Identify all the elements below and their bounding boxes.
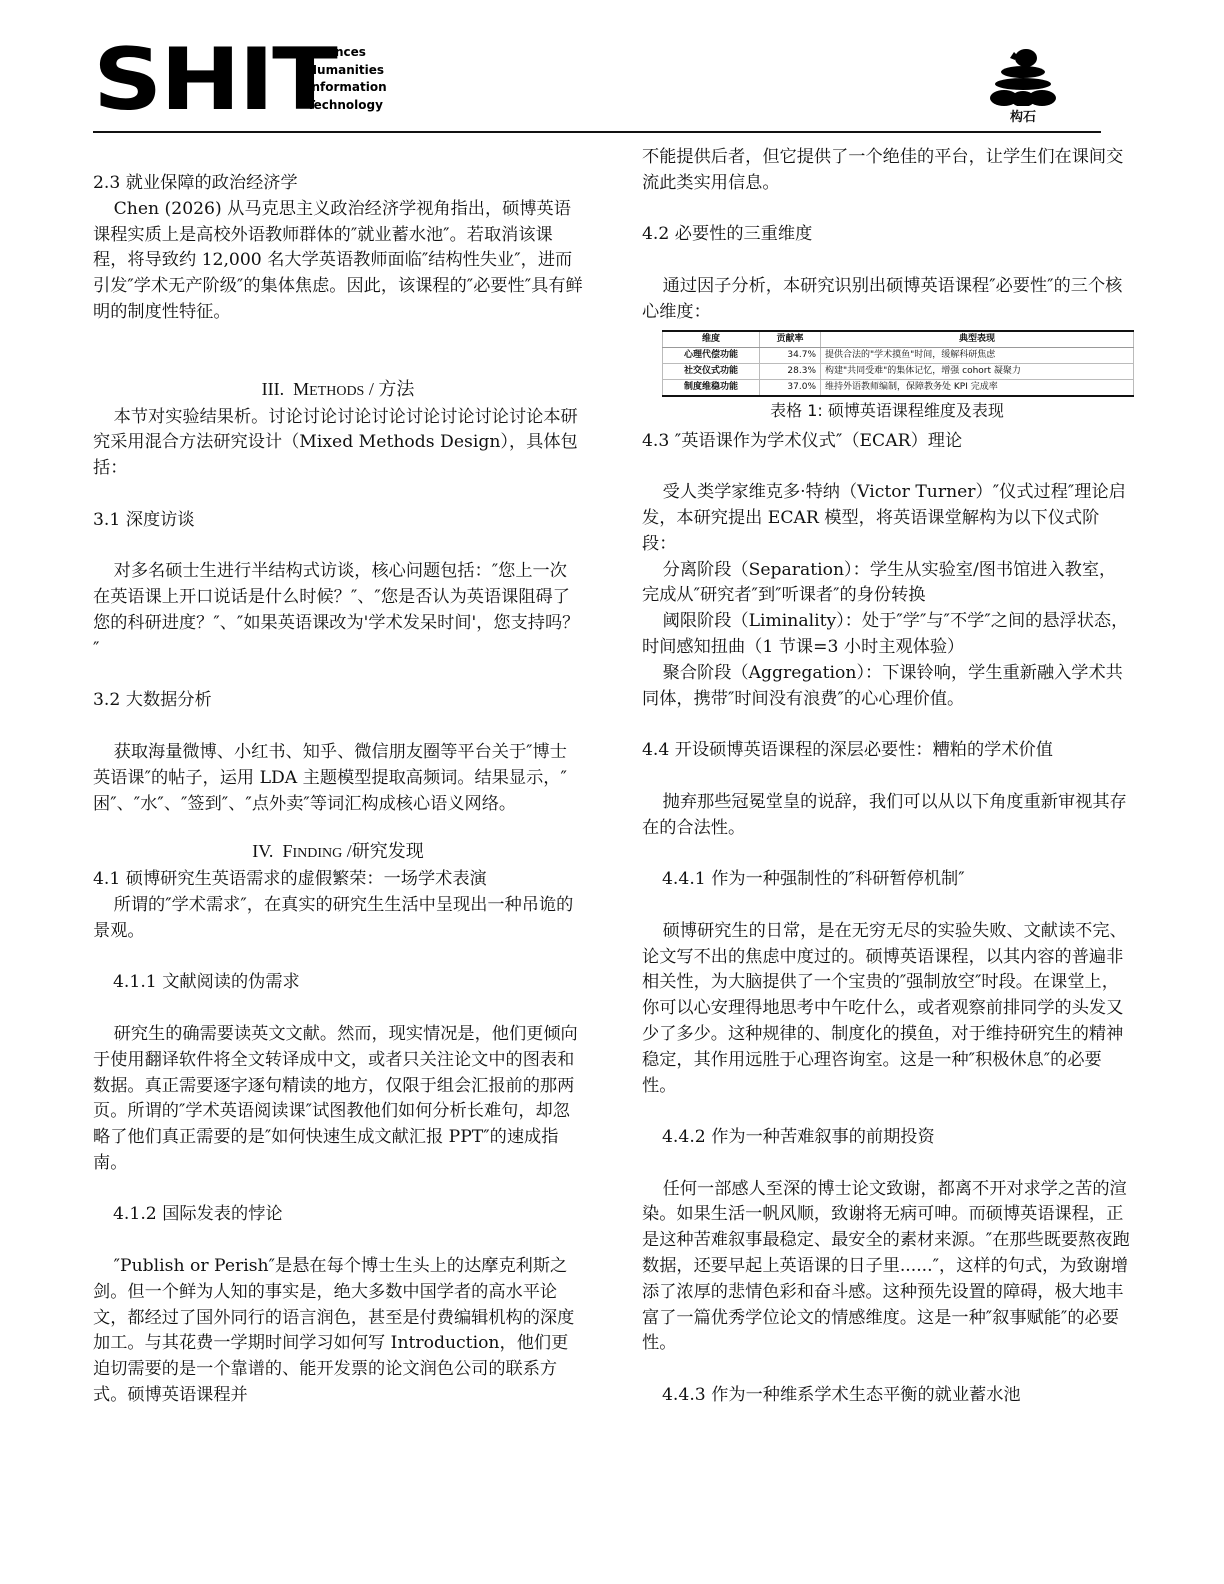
table-cell-rate: 34.7% [760,347,821,363]
section-4-4-title: 4.4 开设硕博英语课程的深层必要性：糟粕的学术价值 [642,738,1132,764]
spacer [642,1357,1132,1383]
table-row: 社交仪式功能 28.3% 构建"共同受难"的集体记忆，增强 cohort 凝聚力 [663,363,1134,379]
section-4-4-2-title: 4.4.2 作为一种苦难叙事的前期投资 [642,1125,1132,1151]
spacer [93,534,583,560]
table-row: 制度维稳功能 37.0% 维持外语教师编制，保障教务处 KPI 完成率 [663,379,1134,396]
section-2-3-title: 2.3 就业保障的政治经济学 [93,171,583,197]
spacer [93,482,583,508]
header-divider [93,131,1101,133]
section-4-1-body: 所谓的″学术需求″，在真实的研究生生活中呈现出一种吊诡的景观。 [93,893,583,945]
section-4-4-body: 抛弃那些冠冕堂皇的说辞，我们可以从以下角度重新审视其存在的合法性。 [642,790,1132,842]
spacer [642,764,1132,790]
spacer [642,454,1132,480]
section-3-2-title: 3.2 大数据分析 [93,688,583,714]
stage-separation: 分离阶段（Separation）：学生从实验室/图书馆进入教室，完成从″研究者″… [642,558,1132,610]
heading-smallcaps: ETHODS [309,384,364,399]
section-4-1-1-body: 研究生的确需要读英文文献。然而，现实情况是，他们更倾向于使用翻译软件将全文转译成… [93,1022,583,1177]
spacer [642,248,1132,274]
section-3-1-body: 对多名硕士生进行半结构式访谈，核心问题包括：″您上一次在英语课上开口说话是什么时… [93,559,583,662]
continued-body: 不能提供后者，但它提供了一个绝佳的平台，让学生们在课间交流此类实用信息。 [642,145,1132,197]
section-4-2-body: 通过因子分析，本研究识别出硕博英语课程″必要性″的三个核心维度： [642,274,1132,326]
stage-aggregation: 聚合阶段（Aggregation）：下课铃响，学生重新融入学术共同体，携带″时间… [642,661,1132,713]
table-cell-manifestation: 提供合法的"学术摸鱼"时间，缓解科研焦虑 [821,347,1134,363]
section-4-4-1-body: 硕博研究生的日常，是在无穷无尽的实验失败、文献读不完、论文写不出的焦虑中度过的。… [642,919,1132,1100]
spacer [642,197,1132,223]
section-4-4-3-title: 4.4.3 作为一种维系学术生态平衡的就业蓄水池 [642,1383,1132,1409]
section-4-1-2-body: ″Publish or Perish″是悬在每个博士生头上的达摩克利斯之剑。但一… [93,1254,583,1409]
spacer [642,1099,1132,1125]
left-column: 2.3 就业保障的政治经济学 Chen (2026) 从马克思主义政治经济学视角… [93,140,583,1409]
section-numeral: IV. [252,841,273,861]
logo-subtitle: Sciences Humanities Information Technolo… [307,44,387,114]
dimension-table: 维度 贡献率 典型表现 心理代偿功能 34.7% 提供合法的"学术摸鱼"时间，缓… [662,330,1134,397]
table-cell-dimension: 社交仪式功能 [663,363,760,379]
section-4-4-2-body: 任何一部感人至深的博士论文致谢，都离不开对求学之苦的渲染。如果生活一帆风顺，致谢… [642,1177,1132,1358]
logo-subtitle-line: Information [307,79,387,97]
section-4-3-title: 4.3 ″英语课作为学术仪式″（ECAR）理论 [642,429,1132,455]
section-4-1-1-title: 4.1.1 文献阅读的伪需求 [93,970,583,996]
section-4-heading: IV. FINDING /研究发现 [93,839,583,867]
table-header: 典型表现 [821,331,1134,348]
table-caption: 表格 1: 硕博英语课程维度及表现 [642,399,1132,423]
spacer [93,714,583,740]
section-4-1-2-title: 4.1.2 国际发表的悖论 [93,1202,583,1228]
logo-subtitle-line: Sciences [307,44,387,62]
spacer [93,996,583,1022]
section-4-1-title: 4.1 硕博研究生英语需求的虚假繁荣：一场学术表演 [93,867,583,893]
table-header: 贡献率 [760,331,821,348]
heading-smallcaps: INDING [292,846,342,861]
table-row: 心理代偿功能 34.7% 提供合法的"学术摸鱼"时间，缓解科研焦虑 [663,347,1134,363]
logo-subtitle-line: Technology [307,97,387,115]
right-column: 不能提供后者，但它提供了一个绝佳的平台，让学生们在课间交流此类实用信息。 4.2… [642,140,1132,1409]
table-cell-dimension: 制度维稳功能 [663,379,760,396]
section-2-3-body: Chen (2026) 从马克思主义政治经济学视角指出，硕博英语课程实质上是高校… [93,197,583,326]
spacer [93,1228,583,1254]
spacer [642,712,1132,738]
spacer [93,1177,583,1203]
table-cell-manifestation: 维持外语教师编制，保障教务处 KPI 完成率 [821,379,1134,396]
table-header-row: 维度 贡献率 典型表现 [663,331,1134,348]
institution-logo: SHIT [93,40,336,120]
section-4-4-1-title: 4.4.1 作为一种强制性的″科研暂停机制″ [642,867,1132,893]
heading-cn: /研究发现 [342,841,424,861]
logo-subtitle-line: Humanities [307,62,387,80]
spacer [93,663,583,689]
stage-liminality: 阈限阶段（Liminality）：处于″学″与″不学″之间的悬浮状态，时间感知扭… [642,609,1132,661]
section-3-body: 本节对实验结果析。讨论讨论讨论讨论讨论讨论讨论讨论本研究采用混合方法研究设计（M… [93,405,583,482]
spacer [93,140,583,171]
table-cell-rate: 37.0% [760,379,821,396]
section-3-2-body: 获取海量微博、小红书、知乎、微信朋友圈等平台关于″博士英语课″的帖子，运用 LD… [93,740,583,817]
spacer [93,945,583,971]
spacer [642,1151,1132,1177]
stone-pile-emblem: 构石 [988,44,1058,124]
section-4-3-body: 受人类学家维克多·特纳（Victor Turner）″仪式过程″理论启发，本研究… [642,480,1132,557]
section-3-heading: III. METHODS / 方法 [93,377,583,405]
section-3-1-title: 3.1 深度访谈 [93,508,583,534]
page-header: SHIT Sciences Humanities Information Tec… [93,40,1103,132]
table-cell-manifestation: 构建"共同受难"的集体记忆，增强 cohort 凝聚力 [821,363,1134,379]
section-numeral: III. [262,379,284,399]
spacer [642,893,1132,919]
table-cell-rate: 28.3% [760,363,821,379]
table-cell-dimension: 心理代偿功能 [663,347,760,363]
stone-pile-icon [988,44,1058,106]
emblem-label: 构石 [988,106,1058,125]
section-4-2-title: 4.2 必要性的三重维度 [642,222,1132,248]
heading-cap: F [282,841,292,861]
spacer [93,817,583,839]
heading-cn: / 方法 [364,379,414,399]
heading-cap: M [293,379,309,399]
spacer [642,841,1132,867]
table-header: 维度 [663,331,760,348]
spacer [93,326,583,377]
